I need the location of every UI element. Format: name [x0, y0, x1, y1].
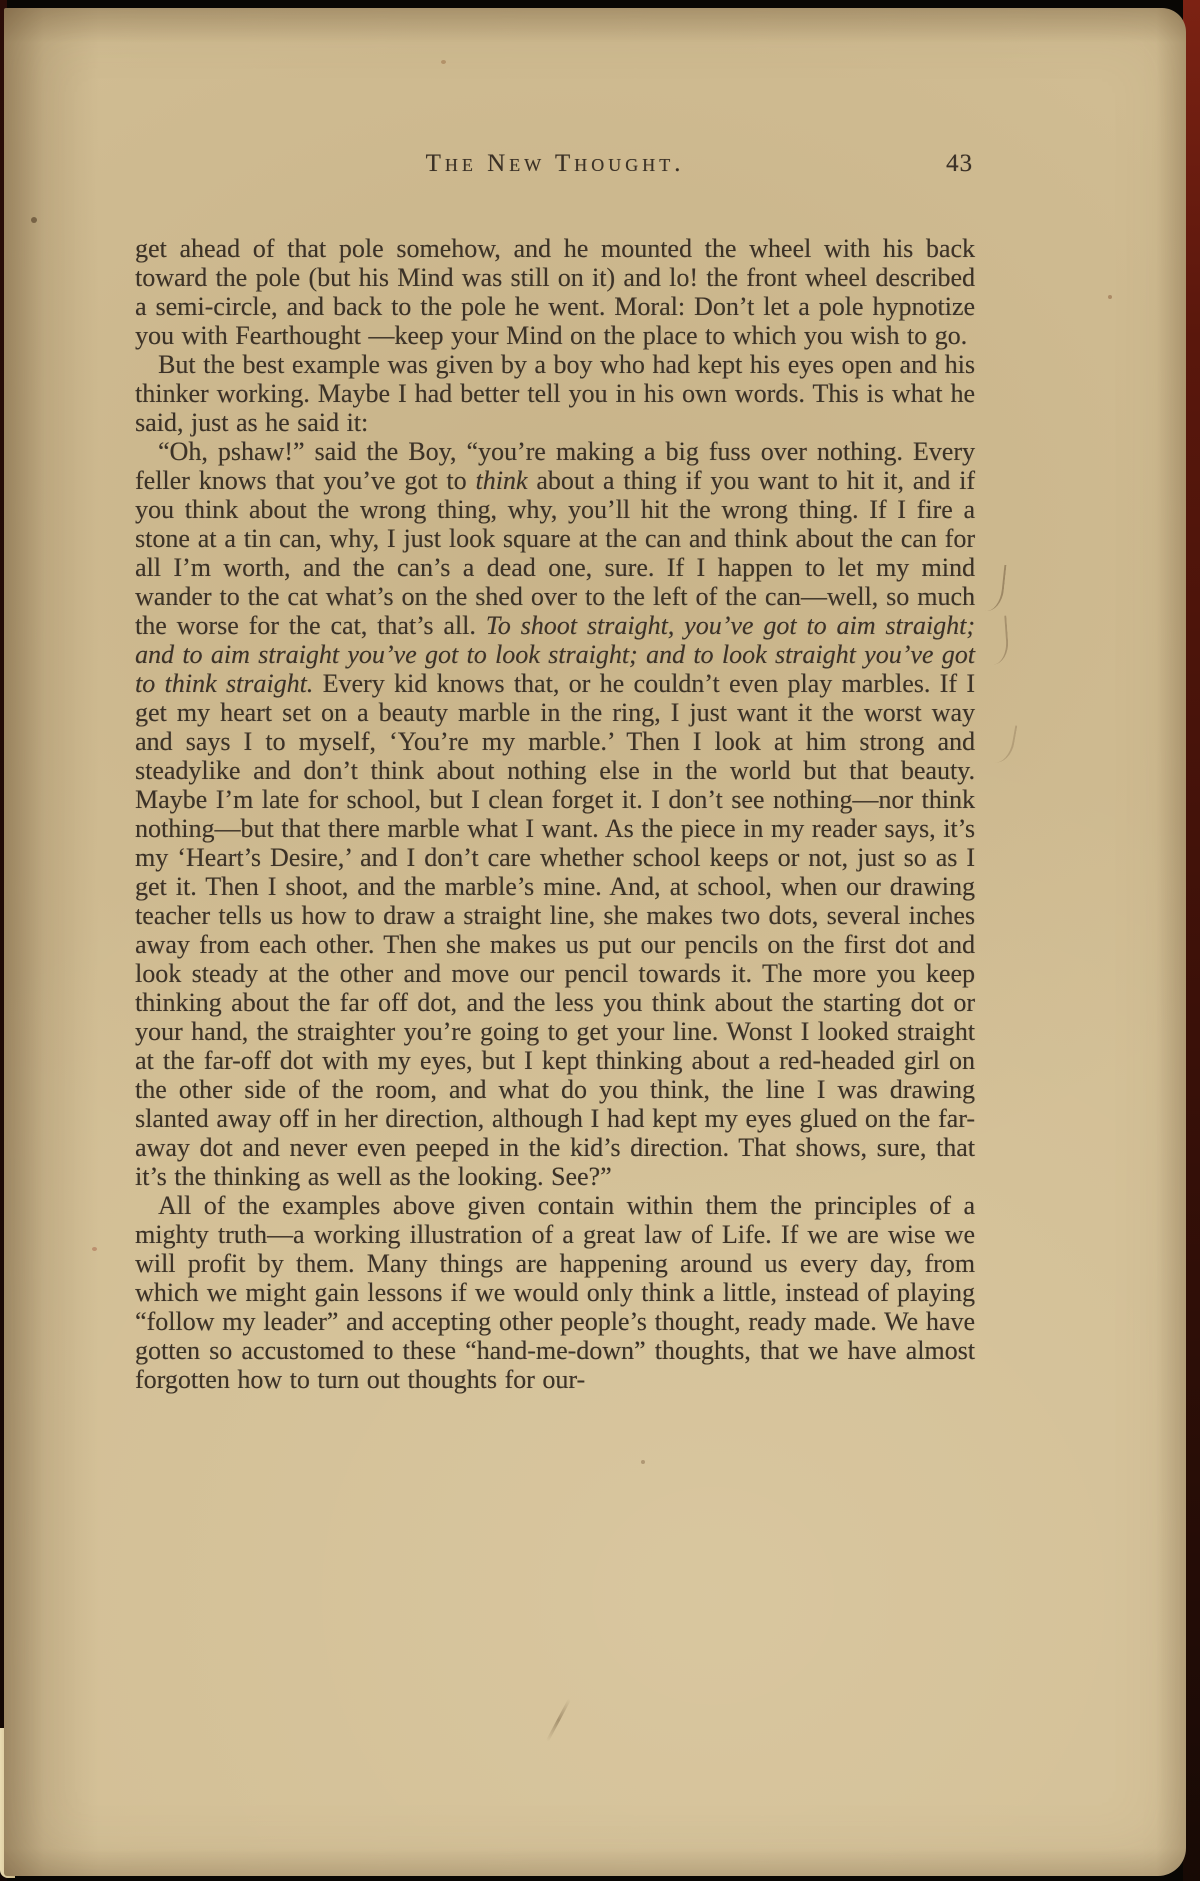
paragraph-1: get ahead of that pole somehow, and he m… [135, 234, 975, 350]
scanned-book-page: The New Thought. 43 get ahead of that po… [0, 0, 1200, 1881]
text-block: get ahead of that pole somehow, and he m… [135, 234, 975, 1394]
paper-crease [546, 1698, 571, 1742]
text-segment-italic: think [475, 466, 527, 495]
margin-pen-mark [990, 616, 1009, 665]
stain-speck [641, 1460, 645, 1464]
stain-speck [31, 217, 37, 223]
text-segment: All of the examples above given contain … [135, 1191, 975, 1394]
text-segment: get ahead of that pole somehow, and he m… [135, 234, 975, 350]
page-number: 43 [946, 150, 973, 178]
stain-speck [441, 60, 446, 64]
paragraph-2: But the best example was given by a boy … [135, 350, 975, 437]
text-segment: Every kid knows that, or he couldn’t eve… [135, 669, 975, 1191]
margin-pen-mark [995, 723, 1018, 765]
margin-pen-mark [986, 563, 1007, 612]
page: The New Thought. 43 get ahead of that po… [4, 8, 1186, 1876]
stain-speck [92, 1247, 97, 1251]
paragraph-3: “Oh, pshaw!” said the Boy, “you’re makin… [135, 437, 975, 1191]
running-title: The New Thought. [135, 150, 975, 178]
stain-speck [1108, 295, 1112, 299]
page-header: The New Thought. 43 [135, 150, 975, 184]
text-segment: But the best example was given by a boy … [135, 350, 975, 437]
paragraph-4: All of the examples above given contain … [135, 1191, 975, 1394]
